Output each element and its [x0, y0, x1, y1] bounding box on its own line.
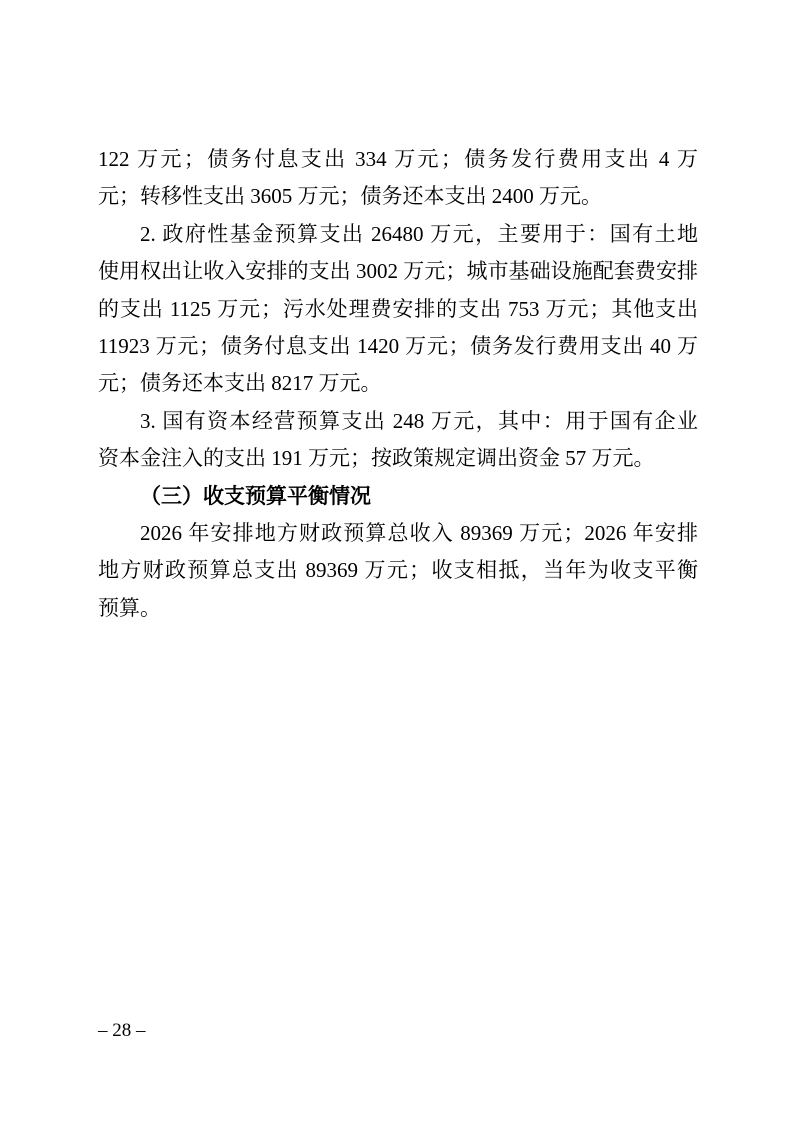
- text-line: 元；转移性支出 3605 万元；债务还本支出 2400 万元。: [98, 178, 698, 215]
- para-budget-balance: 2026 年安排地方财政预算总收入 89369 万元；2026 年安排地方财政预…: [98, 515, 698, 627]
- para-general-budget-expenditure-continuation: 122 万元；债务付息支出 334 万元；债务发行费用支出 4 万元；转移性支出…: [98, 141, 698, 216]
- para-state-capital-budget-expenditure: 3. 国有资本经营预算支出 248 万元，其中：用于国有企业资本金注入的支出 1…: [98, 403, 698, 478]
- text-line: 地方财政预算总支出 89369 万元；收支相抵，当年为收支平衡: [98, 552, 698, 589]
- text-line: 2. 政府性基金预算支出 26480 万元，主要用于：国有土地: [98, 216, 698, 253]
- text-line: 2026 年安排地方财政预算总收入 89369 万元；2026 年安排: [98, 515, 698, 552]
- document-page: 122 万元；债务付息支出 334 万元；债务发行费用支出 4 万元；转移性支出…: [0, 0, 794, 1122]
- para-government-fund-budget-expenditure: 2. 政府性基金预算支出 26480 万元，主要用于：国有土地使用权出让收入安排…: [98, 216, 698, 403]
- text-line: 预算。: [98, 590, 698, 627]
- text-line: 使用权出让收入安排的支出 3002 万元；城市基础设施配套费安排: [98, 253, 698, 290]
- text-line: 元；债务还本支出 8217 万元。: [98, 365, 698, 402]
- text-line: 的支出 1125 万元；污水处理费安排的支出 753 万元；其他支出: [98, 291, 698, 328]
- text-line: 3. 国有资本经营预算支出 248 万元，其中：用于国有企业: [98, 403, 698, 440]
- text-line: 122 万元；债务付息支出 334 万元；债务发行费用支出 4 万: [98, 141, 698, 178]
- text-line: 11923 万元；债务付息支出 1420 万元；债务发行费用支出 40 万: [98, 328, 698, 365]
- text-line: （三）收支预算平衡情况: [98, 478, 698, 515]
- text-line: 资本金注入的支出 191 万元；按政策规定调出资金 57 万元。: [98, 440, 698, 477]
- document-body: 122 万元；债务付息支出 334 万元；债务发行费用支出 4 万元；转移性支出…: [98, 141, 698, 627]
- heading-budget-balance-section: （三）收支预算平衡情况: [98, 478, 698, 515]
- page-number: – 28 –: [98, 1018, 146, 1044]
